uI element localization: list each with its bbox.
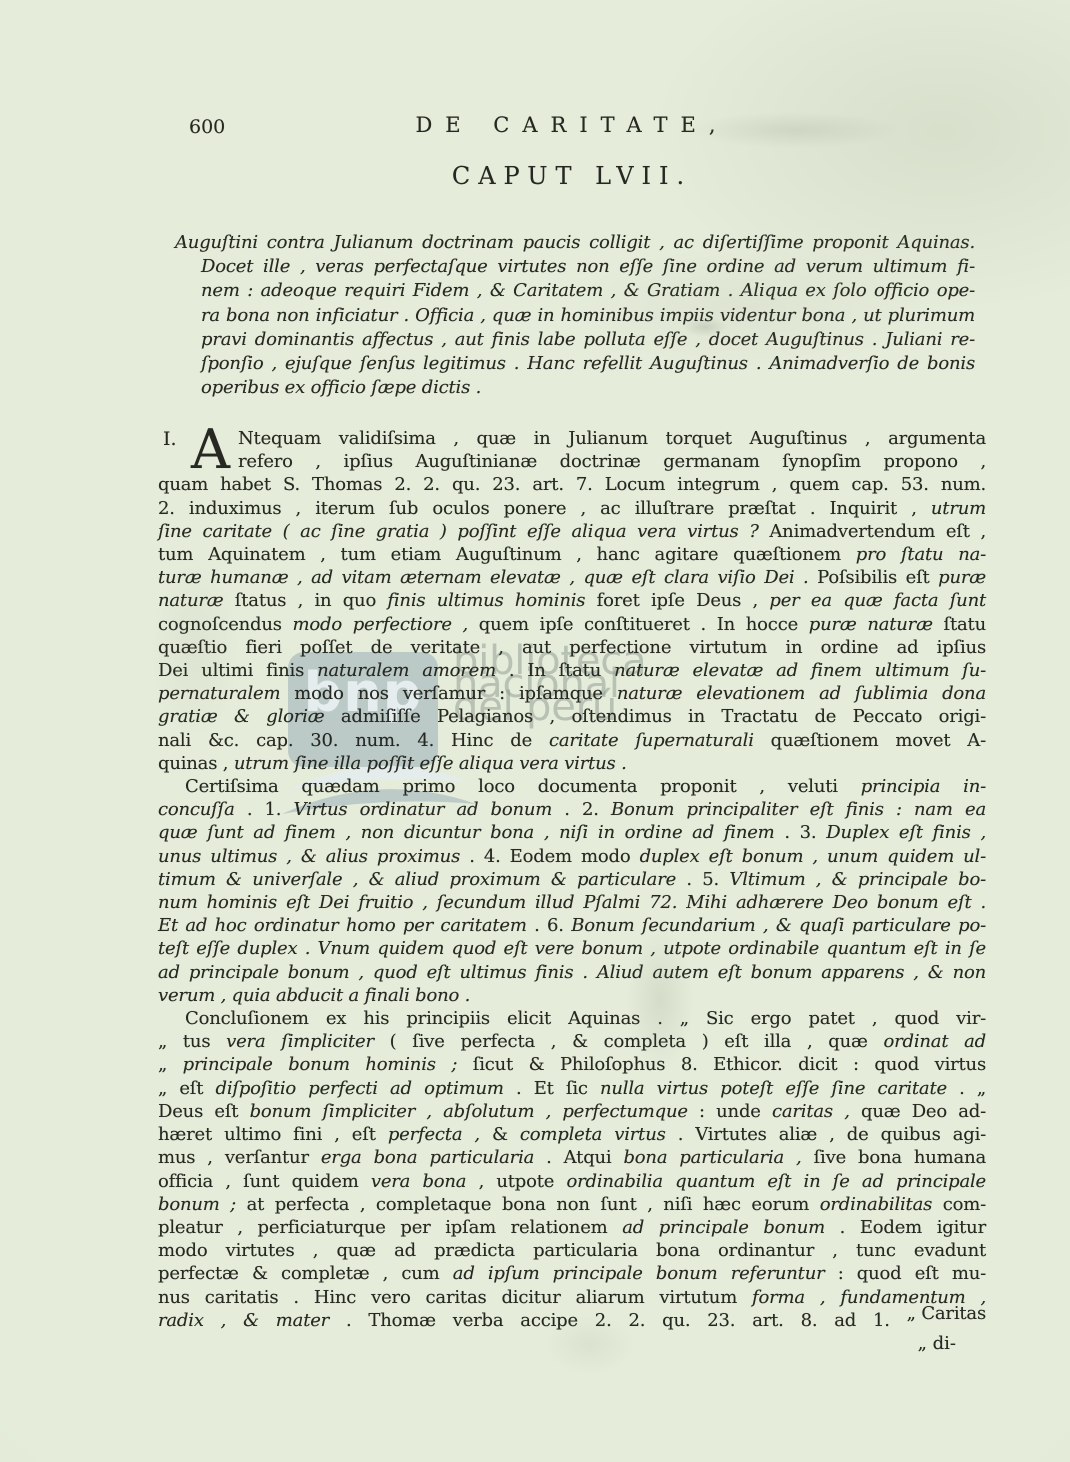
text-line: Certiſsima quædam primo loco documenta p… — [158, 775, 986, 798]
body-text: I. A Ntequam validiſsima , quæ in Julian… — [158, 427, 986, 1355]
paragraph-1-lines: Ntequam validiſsima , quæ in Julianum to… — [158, 427, 986, 775]
text-line: officia , ſunt quidem vera bona , utpote… — [158, 1170, 986, 1193]
text-line: tum Aquinatem , tum etiam Auguſtinum , h… — [158, 543, 986, 566]
text-line: operibus ex officio ſæpe dictis . — [175, 376, 975, 400]
text-line: Deus eſt bonum ſimpliciter , abſolutum ,… — [158, 1100, 986, 1123]
text-line: pleatur , perficiaturque per ipſam relat… — [158, 1216, 986, 1239]
text-line: quæ ſunt ad finem , non dicuntur bona , … — [158, 821, 986, 844]
text-line: quæſtio fieri poſſet de veritate , aut p… — [158, 636, 986, 659]
paragraph-2: Certiſsima quædam primo loco documenta p… — [158, 775, 986, 1007]
catchword: „ di- — [158, 1332, 986, 1355]
text-line: nem : adeoque requiri Fidem , & Caritate… — [175, 279, 975, 303]
text-line: naturæ ſtatus , in quo finis ultimus hom… — [158, 589, 986, 612]
text-line: cognoſcendus modo perfectiore , quem ipſ… — [158, 613, 986, 636]
text-line: verum , quia abducit a finali bono . — [158, 984, 986, 1007]
text-line: pravi dominantis affectus , aut finis la… — [175, 328, 975, 352]
text-line: Ntequam validiſsima , quæ in Julianum to… — [158, 427, 986, 450]
text-line: mus , verſantur erga bona particularia .… — [158, 1146, 986, 1169]
text-line: Auguſtini contra Julianum doctrinam pauc… — [175, 231, 975, 255]
text-line: timum & univerſale , & aliud proximum & … — [158, 868, 986, 891]
text-line: Docet ille , veras perfectaſque virtutes… — [175, 255, 975, 279]
book-page-scan: bnp bibliotecanacionaldel perú 600 DE CA… — [0, 0, 1070, 1462]
text-line: ſine caritate ( ac ſine gratia ) poſſint… — [158, 520, 986, 543]
text-line: gratiæ & gloriæ admiſiſſe Pelagianos , o… — [158, 705, 986, 728]
text-line: ra bona non inficiatur . Officia , quæ i… — [175, 304, 975, 328]
text-line: num hominis eſt Dei fruitio , ſecundum i… — [158, 891, 986, 914]
text-line: refero , ipſius Auguſtinianæ doctrinæ ge… — [158, 450, 986, 473]
running-title: DE CARITATE, — [158, 113, 986, 137]
text-line: „ tus vera ſimpliciter ( ſive perfecta ,… — [158, 1030, 986, 1053]
text-line: Et ad hoc ordinatur homo per caritatem .… — [158, 914, 986, 937]
printed-text-layer: 600 DE CARITATE, CAPUT LVII. Auguſtini c… — [0, 0, 1070, 1462]
text-line: perfectæ & completæ , cum ad ipſum princ… — [158, 1262, 986, 1285]
text-line: unus ultimus , & alius proximus . 4. Eod… — [158, 845, 986, 868]
text-line: turæ humanæ , ad vitam æternam elevatæ ,… — [158, 566, 986, 589]
text-line: bonum ; at perfecta , completaque bona n… — [158, 1193, 986, 1216]
text-line: hæret ultimo fini , eſt perfecta , & com… — [158, 1123, 986, 1146]
paragraph-3: Concluſionem ex his principiis elicit Aq… — [158, 1007, 986, 1332]
text-line: ſponſio , ejuſque ſenſus legitimus . Han… — [175, 352, 975, 376]
text-line: modo virtutes , quæ ad prædicta particul… — [158, 1239, 986, 1262]
chapter-argument-summary: Auguſtini contra Julianum doctrinam pauc… — [175, 231, 975, 400]
text-line: nali &c. cap. 30. num. 4. Hinc de carita… — [158, 729, 986, 752]
text-line: quinas , utrum ſine illa poſſit eſſe ali… — [158, 752, 986, 775]
text-line: radix , & mater . Thomæ verba accipe 2. … — [158, 1309, 986, 1332]
text-line: concuſſa . 1. Virtus ordinatur ad bonum … — [158, 798, 986, 821]
section-number: I. — [163, 428, 177, 450]
text-line: pernaturalem modo nos verſamur : ipſamqu… — [158, 682, 986, 705]
text-line: nus caritatis . Hinc vero caritas dicitu… — [158, 1286, 986, 1309]
text-line: Concluſionem ex his principiis elicit Aq… — [158, 1007, 986, 1030]
text-line: Dei ultimi finis naturalem amorem . In ſ… — [158, 659, 986, 682]
text-line: „ eſt diſpoſitio perfecti ad optimum . E… — [158, 1077, 986, 1100]
text-line: ad principale bonum , quod eſt ultimus f… — [158, 961, 986, 984]
paragraph-1: I. A Ntequam validiſsima , quæ in Julian… — [158, 427, 986, 775]
text-line: 2. induximus , iterum ſub oculos ponere … — [158, 497, 986, 520]
text-line: quam habet S. Thomas 2. 2. qu. 23. art. … — [158, 473, 986, 496]
chapter-heading: CAPUT LVII. — [158, 162, 986, 190]
text-line: teſt eſſe duplex . Vnum quidem quod eſt … — [158, 937, 986, 960]
text-line: „ principale bonum hominis ; ſicut & Phi… — [158, 1053, 986, 1076]
